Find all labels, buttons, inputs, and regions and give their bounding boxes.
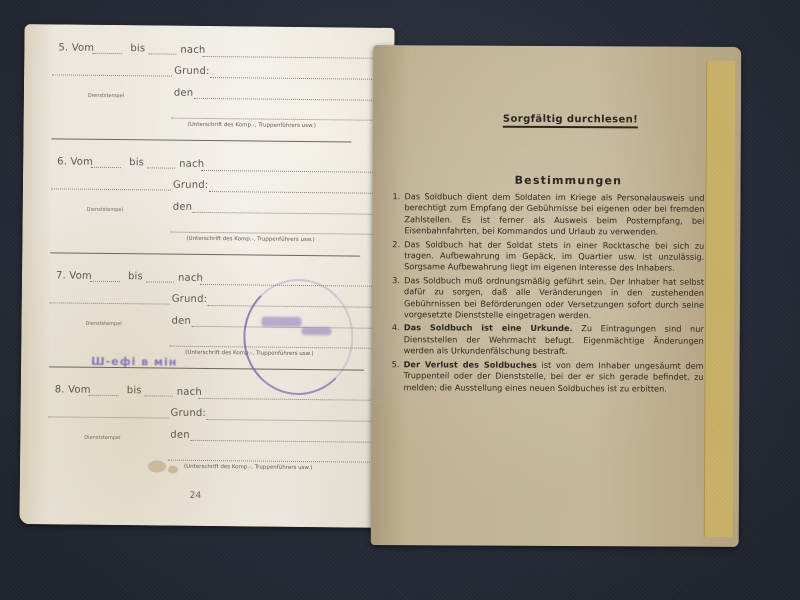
date-label: den xyxy=(171,316,191,327)
rule-2: 2.Das Soldbuch hat der Soldat stets in e… xyxy=(392,239,704,275)
from-line xyxy=(89,395,119,396)
signature-line xyxy=(172,118,374,121)
to-label: bis xyxy=(128,271,143,282)
stain xyxy=(148,460,166,472)
to-line xyxy=(146,281,174,282)
continuation-line xyxy=(52,74,172,76)
stamp-label: Dienststempel xyxy=(88,93,124,99)
left-page: 5. Vom bis nach Grund: den Dienststempel… xyxy=(19,24,394,528)
signature-line xyxy=(168,460,370,463)
reason-label: Grund: xyxy=(174,66,210,77)
signature-label: (Unterschrift des Komp.-, Truppenführers… xyxy=(188,122,316,129)
entry-number: 7. Vom xyxy=(56,270,92,281)
reason-line xyxy=(206,419,370,422)
destination-label: nach xyxy=(177,387,202,398)
entry-number: 8. Vom xyxy=(55,384,91,395)
continuation-line xyxy=(49,416,169,418)
from-line xyxy=(90,281,120,282)
cloth-spine xyxy=(704,61,735,537)
rule-4: 4.Das Soldbuch ist eine Urkunde. Zu Eint… xyxy=(392,323,704,359)
stamp-ink xyxy=(261,317,301,327)
page-heading: Sorgfältig durchlesen! xyxy=(503,114,638,129)
to-label: bis xyxy=(129,157,144,168)
stamp-ink xyxy=(301,327,331,335)
entry-8: 8. Vom bis nach Grund: den Dienststempel… xyxy=(48,384,374,495)
stain xyxy=(168,466,178,474)
stamp-label: Dienststempel xyxy=(84,435,120,441)
entry-number: 6. Vom xyxy=(57,156,93,167)
signature-line xyxy=(170,232,372,235)
stamp-label: Dienststempel xyxy=(87,207,123,213)
handwritten-stamp: Ш-ефі в мін xyxy=(91,355,177,369)
rule-1: 1.Das Soldbuch dient dem Soldaten im Kri… xyxy=(392,191,704,238)
entry-5: 5. Vom bis nach Grund: den Dienststempel… xyxy=(51,42,377,153)
to-label: bis xyxy=(127,385,142,396)
entry-number: 5. Vom xyxy=(58,42,94,53)
signature-label: (Unterschrift des Komp.-, Truppenführers… xyxy=(184,464,312,471)
to-line xyxy=(145,395,173,396)
destination-line xyxy=(201,170,373,173)
destination-label: nach xyxy=(180,45,205,56)
entry-6: 6. Vom bis nach Grund: den Dienststempel… xyxy=(50,156,376,267)
from-line xyxy=(92,53,122,54)
destination-line xyxy=(199,398,371,401)
signature-label: (Unterschrift des Komp.-, Truppenführers… xyxy=(186,236,314,243)
page-number: 24 xyxy=(190,491,202,501)
destination-label: nach xyxy=(178,273,203,284)
to-line xyxy=(147,167,175,168)
rules-list: 1.Das Soldbuch dient dem Soldaten im Kri… xyxy=(391,191,704,397)
date-line xyxy=(193,212,373,215)
reason-line xyxy=(210,77,374,80)
destination-line xyxy=(202,56,374,59)
continuation-line xyxy=(51,188,171,190)
divider xyxy=(50,252,360,256)
stamp-label: Dienststempel xyxy=(85,321,121,327)
section-title: Bestimmungen xyxy=(515,174,623,188)
reason-label: Grund: xyxy=(173,180,209,191)
from-line xyxy=(91,167,121,168)
reason-label: Grund: xyxy=(171,408,207,419)
date-label: den xyxy=(174,88,194,99)
rule-3: 3.Das Soldbuch muß ordnungsmäßig geführt… xyxy=(392,275,704,322)
to-line xyxy=(148,53,176,54)
destination-label: nach xyxy=(179,159,204,170)
date-line xyxy=(190,440,370,443)
right-page: Sorgfältig durchlesen! Bestimmungen 1.Da… xyxy=(371,45,742,547)
date-label: den xyxy=(173,202,193,213)
divider xyxy=(51,138,351,142)
rule-5: 5.Der Verlust des Soldbuches ist von dem… xyxy=(391,359,703,395)
reason-line xyxy=(209,191,373,194)
reason-label: Grund: xyxy=(172,294,208,305)
continuation-line xyxy=(50,302,170,304)
date-line xyxy=(194,98,374,101)
to-label: bis xyxy=(130,43,145,54)
date-label: den xyxy=(170,430,190,441)
